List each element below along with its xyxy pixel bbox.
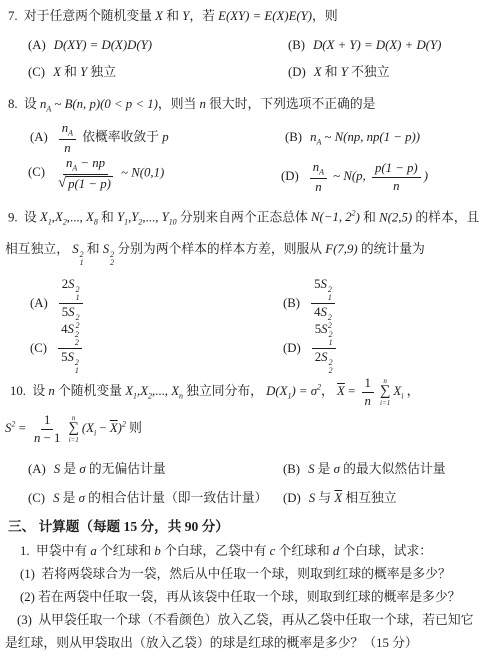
question-10-option-c: (C)S 是 σ 的相合估计量（即一致估计量） xyxy=(28,490,267,507)
question-9-option-c: (C)4S225S21 xyxy=(30,322,85,375)
section-3-header: 三、 计算题（每题 15 分，共 90 分） xyxy=(8,518,229,536)
question-7-stem: 7. 对于任意两个随机变量 X 和 Y，若 E(XY) = E(X)E(Y)，则 xyxy=(8,8,338,25)
question-7-option-b: (B)D(X + Y) = D(X) + D(Y) xyxy=(288,37,441,54)
question-8-option-b: (B)nA ~ N(np, np(1 − p)) xyxy=(285,129,420,148)
question-7-option-a: (A)D(XY) = D(X)D(Y) xyxy=(28,37,152,54)
question-9-option-d: (D)5S212S22 xyxy=(283,322,339,375)
question-10-option-a: (A)S 是 σ 的无偏估计量 xyxy=(28,461,166,478)
problem-1-part-3-continued: 是红球，则从甲袋取出（放入乙袋）的球是红球的概率是多少？（15 分） xyxy=(5,635,418,652)
question-8-option-a: (A)nAn 依概率收敛于 p xyxy=(30,121,169,155)
question-7-option-c: (C)X 和 Y 独立 xyxy=(28,64,116,81)
problem-1-part-3: (3) 从甲袋任取一个球（不看颜色）放入乙袋，再从乙袋中任取一个球，若已知它 xyxy=(17,612,473,629)
question-10-option-b: (B)S 是 σ 的最大似然估计量 xyxy=(283,461,446,478)
question-10-stem-line-1: 10. 设 n 个随机变量 X1,X2,..., Xn 独立同分布， D(X1)… xyxy=(10,376,419,408)
question-9-stem-line-2: 相互独立， S21 和 S22 分别为两个样本的样本方差，则服从 F(7,9) … xyxy=(5,241,425,267)
question-10-stem-line-2: S2 = 1n − 1n∑i=1(Xi − X)2 则 xyxy=(5,413,142,445)
question-9-stem-line-1: 9. 设 X1,X2,..., X8 和 Y1,Y2,..., Y10 分别来自… xyxy=(8,209,479,229)
question-7-option-d: (D)X 和 Y 不独立 xyxy=(288,64,390,81)
problem-1-part-1: (1) 若将两袋球合为一袋，然后从中任取一个球，则取到红球的概率是多少？ xyxy=(20,566,451,583)
question-8-option-c: (C)nA − np√p(1 − p) ~ N(0,1) xyxy=(28,156,164,191)
question-8-option-d: (D)nAn ~ N(p, p(1 − p)n) xyxy=(281,160,428,194)
problem-1-part-2: (2) 若在两袋中任取一袋，再从该袋中任取一个球，则取到红球的概率是多少？ xyxy=(20,589,460,606)
section-3-problem-1: 1. 甲袋中有 a 个红球和 b 个白球，乙袋中有 c 个红球和 d 个白球，试… xyxy=(20,543,432,560)
question-10-option-d: (D)S 与 X 相互独立 xyxy=(283,490,397,507)
question-8-stem: 8. 设 nA ~ B(n, p)(0 < p < 1)，则当 n 很大时，下列… xyxy=(8,96,375,115)
exam-document-page: 7. 对于任意两个随机变量 X 和 Y，若 E(XY) = E(X)E(Y)，则… xyxy=(0,0,497,659)
